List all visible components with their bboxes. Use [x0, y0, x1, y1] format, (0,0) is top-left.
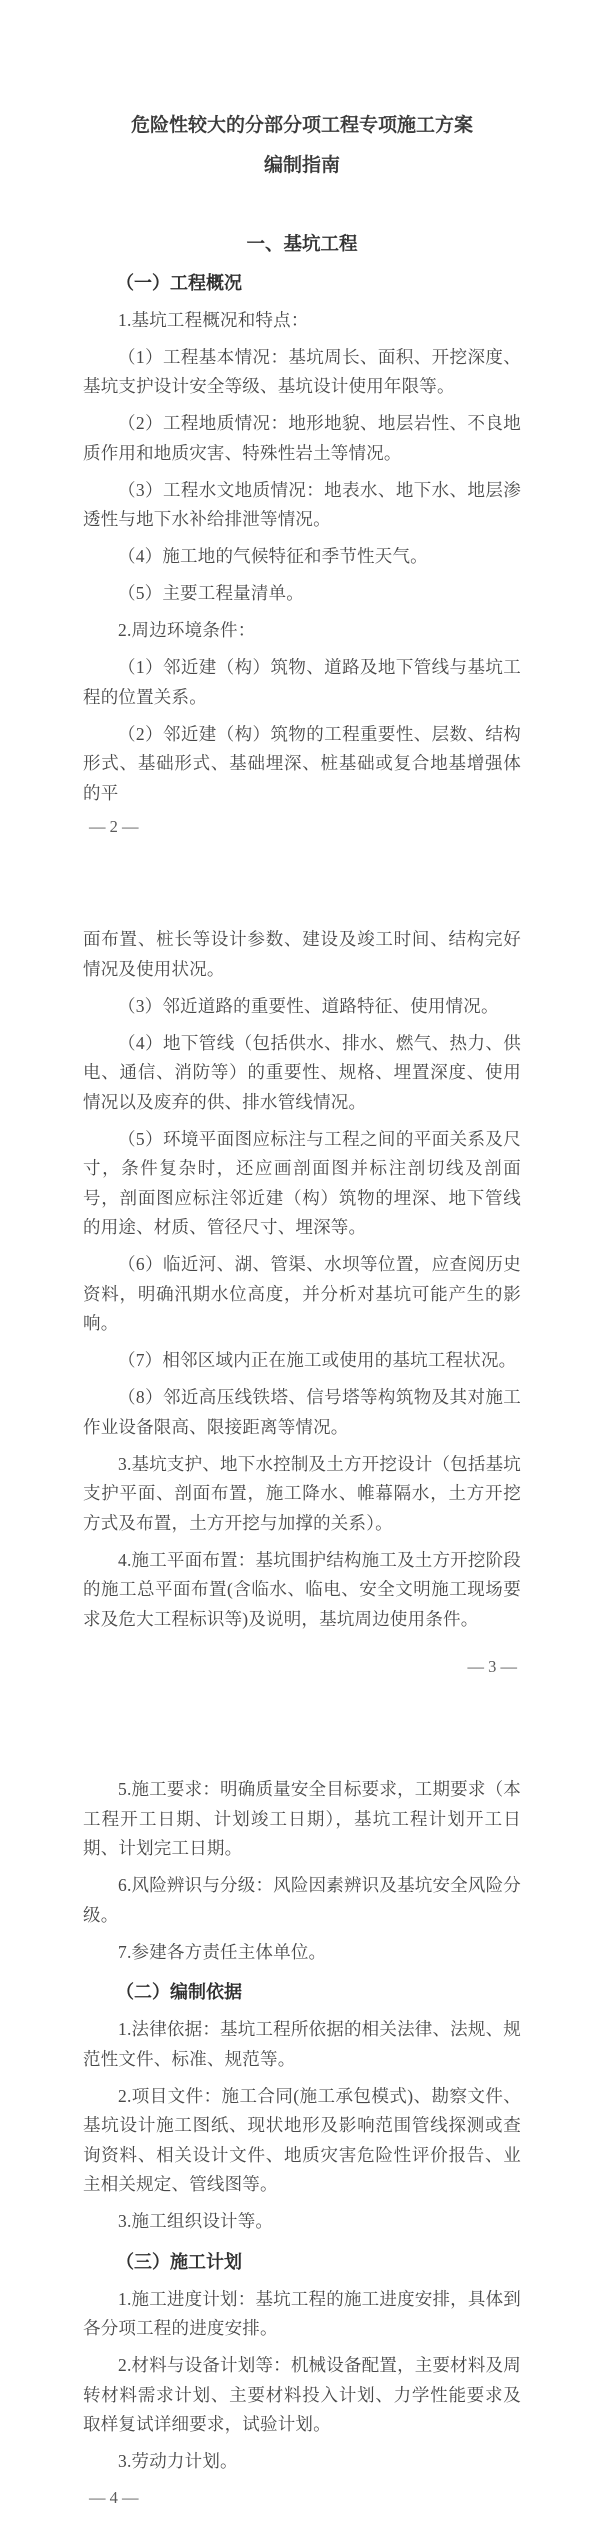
section-heading-1: （一）工程概况: [83, 268, 521, 298]
paragraph: （5）环境平面图应标注与工程之间的平面关系及尺寸，条件复杂时，还应画剖面图并标注…: [83, 1125, 521, 1243]
page-3-region: 面布置、桩长等设计参数、建设及竣工时间、结构完好情况及使用状况。 （3）邻近道路…: [83, 920, 521, 1680]
paragraph: （6）临近河、湖、管渠、水坝等位置，应查阅历史资料，明确汛期水位高度，并分析对基…: [83, 1250, 521, 1339]
page-4-region: 5.施工要求：明确质量安全目标要求，工期要求（本工程开工日期、计划竣工日期），基…: [83, 1770, 521, 2511]
section-heading-3: （三）施工计划: [83, 2247, 521, 2277]
paragraph: （4）施工地的气候特征和季节性天气。: [83, 542, 521, 572]
document-title-line2: 编制指南: [83, 150, 521, 182]
paragraph: 3.施工组织设计等。: [83, 2207, 521, 2237]
page-number-4: — 4 —: [83, 2485, 521, 2511]
paragraph: （4）地下管线（包括供水、排水、燃气、热力、供电、通信、消防等）的重要性、规格、…: [83, 1029, 521, 1118]
paragraph: （7）相邻区域内正在施工或使用的基坑工程状况。: [83, 1346, 521, 1376]
paragraph: 2.周边环境条件：: [83, 616, 521, 646]
chapter-heading: 一、基坑工程: [83, 228, 521, 260]
paragraph: 1.基坑工程概况和特点：: [83, 306, 521, 336]
section-heading-2: （二）编制依据: [83, 1977, 521, 2007]
paragraph: （1）邻近建（构）筑物、道路及地下管线与基坑工程的位置关系。: [83, 653, 521, 712]
paragraph: （8）邻近高压线铁塔、信号塔等构筑物及其对施工作业设备限高、限接距离等情况。: [83, 1383, 521, 1442]
page-number-3: — 3 —: [83, 1654, 521, 1680]
paragraph: 5.施工要求：明确质量安全目标要求，工期要求（本工程开工日期、计划竣工日期），基…: [83, 1775, 521, 1864]
paragraph: （5）主要工程量清单。: [83, 579, 521, 609]
paragraph: （3）邻近道路的重要性、道路特征、使用情况。: [83, 992, 521, 1022]
paragraph: （2）工程地质情况：地形地貌、地层岩性、不良地质作用和地质灾害、特殊性岩土等情况…: [83, 409, 521, 468]
paragraph: （3）工程水文地质情况：地表水、地下水、地层渗透性与地下水补给排泄等情况。: [83, 476, 521, 535]
paragraph: 1.施工进度计划：基坑工程的施工进度安排，具体到各分项工程的进度安排。: [83, 2285, 521, 2344]
paragraph: 6.风险辨识与分级：风险因素辨识及基坑安全风险分级。: [83, 1871, 521, 1930]
paragraph: 2.项目文件：施工合同(施工承包模式)、勘察文件、基坑设计施工图纸、现状地形及影…: [83, 2082, 521, 2200]
paragraph: 3.基坑支护、地下水控制及土方开挖设计（包括基坑支护平面、剖面布置，施工降水、帷…: [83, 1450, 521, 1539]
paragraph: （1）工程基本情况：基坑周长、面积、开挖深度、基坑支护设计安全等级、基坑设计使用…: [83, 343, 521, 402]
paragraph: 1.法律依据：基坑工程所依据的相关法律、法规、规范性文件、标准、规范等。: [83, 2015, 521, 2074]
document-title-line1: 危险性较大的分部分项工程专项施工方案: [83, 110, 521, 142]
page-number-2: — 2 —: [83, 814, 521, 840]
paragraph: 4.施工平面布置：基坑围护结构施工及土方开挖阶段的施工总平面布置(含临水、临电、…: [83, 1546, 521, 1635]
document-page: 危险性较大的分部分项工程专项施工方案 编制指南 一、基坑工程 （一）工程概况 1…: [0, 0, 600, 2546]
page-2-region: 危险性较大的分部分项工程专项施工方案 编制指南 一、基坑工程 （一）工程概况 1…: [83, 0, 521, 840]
paragraph: 7.参建各方责任主体单位。: [83, 1938, 521, 1968]
paragraph-continued: 面布置、桩长等设计参数、建设及竣工时间、结构完好情况及使用状况。: [83, 925, 521, 984]
paragraph: 2.材料与设备计划等：机械设备配置，主要材料及周转材料需求计划、主要材料投入计划…: [83, 2351, 521, 2440]
paragraph: （2）邻近建（构）筑物的工程重要性、层数、结构形式、基础形式、基础埋深、桩基础或…: [83, 720, 521, 809]
paragraph: 3.劳动力计划。: [83, 2447, 521, 2477]
